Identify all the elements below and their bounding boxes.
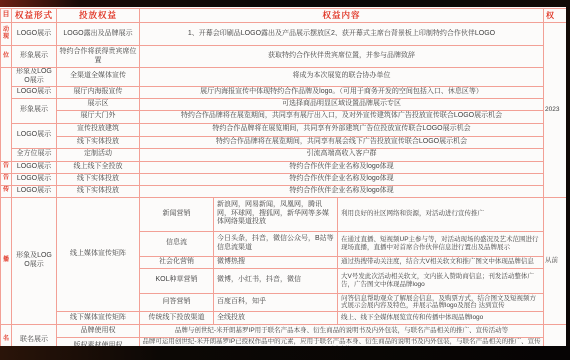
benefit-cell: 宣传投放建筑 xyxy=(57,123,140,136)
content-cell: 特约合作品牌将在展览期间，共同享有展会线下广告投放宣传联合LOGO展示机会 xyxy=(140,136,544,148)
form-cell: LOGO展示 xyxy=(12,185,57,197)
media-channels-cell: 微博，小红书，抖音，微信 xyxy=(214,268,338,293)
content-cell: 特约合作伙伴企业名称及logo体现 xyxy=(140,161,544,173)
table-row: 形象展示 展示区 可选择商品明显区域设置品牌展示专区 xyxy=(1,98,567,110)
media-type-cell: 新闻营销 xyxy=(140,197,214,231)
letterbox-right-edge xyxy=(566,7,570,346)
screenshot-stage: 目 权益形式 投放权益 权益内容 权 动现 LOGO展示 LOGO露出及品牌展示… xyxy=(0,0,570,360)
content-cell: 特约合作伙伴企业名称及logo体现 xyxy=(140,173,544,185)
form-cell: LOGO展示 xyxy=(12,161,57,173)
content-cell: 特约合作品牌将在展览期间，共同享有外部建筑广告位投放宣传联合LOGO展示机会 xyxy=(140,123,544,136)
form-cell: 全方位展示 xyxy=(12,148,57,161)
table-row: 位 形象展示 特约合作将获得贵宾席位置 获取特约合作伙伴贵宾席位置，并参与品牌致… xyxy=(1,46,567,68)
category-fragment: 传 xyxy=(1,185,12,197)
form-cell: 形象展示 xyxy=(12,46,57,68)
category-fragment: 位 xyxy=(1,46,12,68)
media-type-cell: 问答营销 xyxy=(140,293,214,312)
content-cell: 1、开幕会印刷品LOGO露出及产品展示摆放区2、获开幕式主席台背景板上印制特约合… xyxy=(140,23,544,46)
content-cell: 展厅内海报宣传中体现特约合作品牌及logo。（可用于商务开发的空间包括入口、休息… xyxy=(140,86,544,98)
media-channels-cell: 全线投放 xyxy=(214,312,338,325)
column-header-right-clipped: 权 xyxy=(544,9,567,23)
column-header-category-clipped: 目 xyxy=(1,9,12,23)
content-cell: 特约合作品牌将在展览期间，共同享有展厅出入口，及对外宣传建筑体广告投放宣传联合L… xyxy=(140,110,544,123)
media-channels-cell: 百度百科，知乎 xyxy=(214,293,338,312)
form-cell: LOGO展示 xyxy=(12,86,57,98)
letterbox-bottom-bar xyxy=(0,346,570,360)
right-column-clipped-cell: 从前 xyxy=(544,197,567,325)
media-desc-cell: 在通过直播、短视频UP主参与等，对活动现场的盛况及艺术范围进行现场直播，直播中对… xyxy=(338,231,544,256)
category-fragment: 告 xyxy=(1,161,12,173)
table-row: LOGO展示 展厅内海报宣传 展厅内海报宣传中体现特约合作品牌及logo。（可用… xyxy=(1,86,567,98)
media-type-cell: 传统线下投放渠道 xyxy=(140,312,214,325)
table-row: 线下媒体宣传矩阵 传统线下投放渠道 全线投放 线上、线下全媒体展览宣传和传播中体… xyxy=(1,312,567,325)
media-channels-cell: 微博热搜 xyxy=(214,256,338,268)
form-cell: LOGO展示 xyxy=(12,23,57,46)
benefit-cell: 全渠道全媒体宣传 xyxy=(57,68,140,87)
benefit-cell: 展厅大门外 xyxy=(57,110,140,123)
benefit-cell: 线下实体投放 xyxy=(57,136,140,148)
benefit-cell: 线下实体投放 xyxy=(57,173,140,185)
media-desc-cell: 问答信息帮助观众了解展会信息，及购票方式，结合图文及短视频方式展示会展内容及特色… xyxy=(338,293,544,312)
header-row: 目 权益形式 投放权益 权益内容 权 xyxy=(1,9,567,23)
benefit-cell: 线上线下全投放 xyxy=(57,161,140,173)
form-cell: 形象及LOGO展示 xyxy=(12,68,57,87)
content-cell: 将成为本次展览的联合协办单位 xyxy=(140,68,544,87)
table-row: 传 LOGO展示 线下实体投放 特约合作伙伴企业名称及logo体现 xyxy=(1,185,567,197)
benefit-cell: LOGO露出及品牌展示 xyxy=(57,23,140,46)
benefit-cell: 展示区 xyxy=(57,98,140,110)
category-fragment: 告 xyxy=(1,173,12,185)
form-cell: LOGO展示 xyxy=(12,173,57,185)
column-header-benefit: 投放权益 xyxy=(57,9,140,23)
right-column-clipped-cell: 2023 xyxy=(544,23,567,198)
table-row: 展厅大门外 特约合作品牌将在展览期间，共同享有展厅出入口，及对外宣传建筑体广告投… xyxy=(1,110,567,123)
column-header-form: 权益形式 xyxy=(12,9,57,23)
table-row: 告 LOGO展示 线下实体投放 特约合作伙伴企业名称及logo体现 xyxy=(1,173,567,185)
content-cell: 品牌与创世纪-米开朗基罗IP用于联名产品本身、衍生商品的说明书及内外包装，与联名… xyxy=(140,325,544,338)
benefit-cell: 特约合作将获得贵宾席位置 xyxy=(57,46,140,68)
content-cell: 获取特约合作伙伴贵宾席位置，并参与品牌致辞 xyxy=(140,46,544,68)
table-row: 线下实体投放 特约合作品牌将在展览期间，共同享有展会线下广告投放宣传联合LOGO… xyxy=(1,136,567,148)
media-desc-cell: 大V号发此次活动相关软文，文内嵌入赞助商信息；刊发活动整体广告，广告图文中体现品… xyxy=(338,268,544,293)
benefit-cell: 线下媒体宣传矩阵 xyxy=(57,312,140,325)
category-fragment: 播 xyxy=(1,197,12,325)
column-header-content: 权益内容 xyxy=(140,9,544,23)
letterbox-top-bar xyxy=(0,0,570,7)
table-row: 形象及LOGO展示 全渠道全媒体宣传 将成为本次展览的联合协办单位 xyxy=(1,68,567,87)
media-type-cell: 信息流 xyxy=(140,231,214,256)
form-cell: LOGO展示 xyxy=(12,123,57,148)
benefit-cell: 线下实体投放 xyxy=(57,185,140,197)
table-row: 全方位展示 定制活动 引流高端高收入客户群 xyxy=(1,148,567,161)
media-desc-cell: 利用良好的社区网络和资源，对活动进行宣传推广 xyxy=(338,197,544,231)
content-cell: 引流高端高收入客户群 xyxy=(140,148,544,161)
benefits-table: 目 权益形式 投放权益 权益内容 权 动现 LOGO展示 LOGO露出及品牌展示… xyxy=(0,8,567,356)
table-row: 告 LOGO展示 线上线下全投放 特约合作伙伴企业名称及logo体现 xyxy=(1,161,567,173)
table-row: 播 形象及LOGO展示 线上媒体宣传矩阵 新闻营销 新浪网，网易新闻，凤凰网，腾… xyxy=(1,197,567,231)
category-fragment: 动现 xyxy=(1,23,12,46)
table-row: 名 联名展示 品牌使用权 品牌与创世纪-米开朗基罗IP用于联名产品本身、衍生商品… xyxy=(1,325,567,338)
form-cell: 形象及LOGO展示 xyxy=(12,197,57,325)
content-cell: 特约合作伙伴企业名称及logo体现 xyxy=(140,185,544,197)
media-desc-cell: 通过热搜带动关注度，结合大V相关软文和推广图文中体现品牌信息 xyxy=(338,256,544,268)
media-desc-cell: 线上、线下全媒体展览宣传和传播中体现品牌logo xyxy=(338,312,544,325)
media-channels-cell: 新浪网，网易新闻，凤凰网，腾讯网，环球网，搜狐网，新华网等多媒体网络渠道投放 xyxy=(214,197,338,231)
benefit-cell: 品牌使用权 xyxy=(57,325,140,338)
media-type-cell: KOL种草营销 xyxy=(140,268,214,293)
benefit-cell: 定制活动 xyxy=(57,148,140,161)
table-row: LOGO展示 宣传投放建筑 特约合作品牌将在展览期间，共同享有外部建筑广告位投放… xyxy=(1,123,567,136)
table-row: 动现 LOGO展示 LOGO露出及品牌展示 1、开幕会印刷品LOGO露出及产品展… xyxy=(1,23,567,46)
media-type-cell: 社会化营销 xyxy=(140,256,214,268)
document-sheet: 目 权益形式 投放权益 权益内容 权 动现 LOGO展示 LOGO露出及品牌展示… xyxy=(0,7,566,346)
content-cell: 可选择商品明显区域设置品牌展示专区 xyxy=(140,98,544,110)
benefit-cell: 展厅内海报宣传 xyxy=(57,86,140,98)
media-channels-cell: 今日头条，抖音，微信公众号，B站等信息流渠道 xyxy=(214,231,338,256)
form-cell: 形象展示 xyxy=(12,98,57,123)
benefit-cell: 线上媒体宣传矩阵 xyxy=(57,197,140,312)
category-fragment xyxy=(1,68,12,162)
